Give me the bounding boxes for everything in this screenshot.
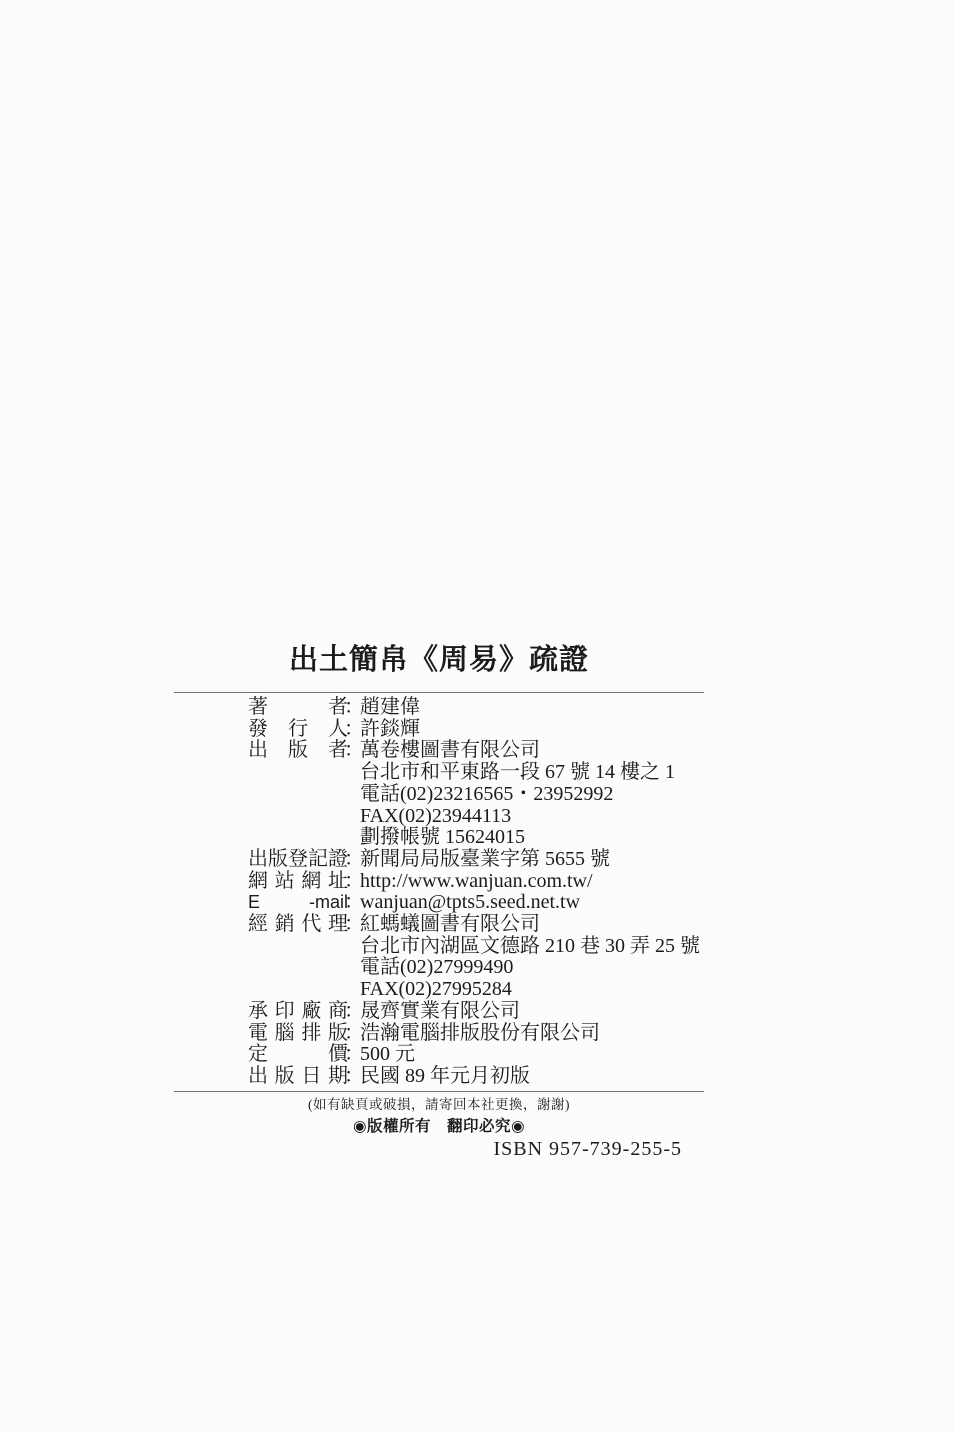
colophon-row: ： 台北市內湖區文德路 210 巷 30 弄 25 號 bbox=[174, 936, 704, 958]
colophon-content: 出土簡帛《周易》疏證 著者 ： 趙建偉 發行人 ： 許錟輝 出版者 ： 萬卷樓圖… bbox=[174, 0, 704, 1432]
colophon-row: 定價 ： 500 元 bbox=[174, 1044, 704, 1066]
label-token: 著 bbox=[248, 697, 268, 719]
colophon-field-list: 著者 ： 趙建偉 發行人 ： 許錟輝 出版者 ： 萬卷樓圖書有限公司 ： 台北市… bbox=[174, 697, 704, 1088]
field-label: 出版登記證 bbox=[248, 849, 348, 871]
label-token: -mail bbox=[309, 892, 348, 914]
replacement-note: (如有缺頁或破損，請寄回本社更換，謝謝) bbox=[174, 1097, 704, 1113]
field-value: 電話(02)23216565・23952992 bbox=[360, 784, 613, 806]
colophon-row: 承印廠商 ： 晟齊實業有限公司 bbox=[174, 1001, 704, 1023]
page-background: 出土簡帛《周易》疏證 著者 ： 趙建偉 發行人 ： 許錟輝 出版者 ： 萬卷樓圖… bbox=[0, 0, 954, 1432]
label-token: 版 bbox=[288, 740, 308, 762]
field-label: 發行人 bbox=[248, 719, 348, 741]
label-colon: ： bbox=[348, 1001, 360, 1023]
field-value: 500 元 bbox=[360, 1044, 415, 1066]
colophon-row: ： FAX(02)27995284 bbox=[174, 979, 704, 1001]
label-token: 日 bbox=[301, 1066, 321, 1088]
field-value: 浩瀚電腦排版股份有限公司 bbox=[360, 1023, 600, 1045]
label-token: 行 bbox=[288, 719, 308, 741]
colophon-row: 網站網址 ： http://www.wanjuan.com.tw/ bbox=[174, 871, 704, 893]
colophon-row: 出版者 ： 萬卷樓圖書有限公司 bbox=[174, 740, 704, 762]
colophon-row: ： 電話(02)27999490 bbox=[174, 957, 704, 979]
label-token: 網 bbox=[301, 871, 321, 893]
colophon-row: 電腦排版 ： 浩瀚電腦排版股份有限公司 bbox=[174, 1023, 704, 1045]
field-value: 許錟輝 bbox=[360, 719, 420, 741]
label-token: 網 bbox=[248, 871, 268, 893]
label-colon: ： bbox=[348, 849, 360, 871]
field-value: 台北市內湖區文德路 210 巷 30 弄 25 號 bbox=[360, 936, 700, 958]
colophon-row: 出版登記證 ： 新聞局局版臺業字第 5655 號 bbox=[174, 849, 704, 871]
field-value: http://www.wanjuan.com.tw/ bbox=[360, 871, 593, 893]
field-label: 定價 bbox=[248, 1044, 348, 1066]
label-token: 定 bbox=[248, 1044, 268, 1066]
colophon-row: E-mail ： wanjuan@tpts5.seed.net.tw bbox=[174, 892, 704, 914]
field-label: 出版日期 bbox=[248, 1066, 348, 1088]
field-value: 劃撥帳號 15624015 bbox=[360, 827, 525, 849]
field-value: 電話(02)27999490 bbox=[360, 957, 513, 979]
label-colon: ： bbox=[348, 1044, 360, 1066]
field-label: 著者 bbox=[248, 697, 348, 719]
field-value: 萬卷樓圖書有限公司 bbox=[360, 740, 540, 762]
label-token: 廠 bbox=[301, 1001, 321, 1023]
divider-bottom bbox=[174, 1091, 704, 1092]
divider-top bbox=[174, 692, 704, 693]
label-token: 印 bbox=[275, 1001, 295, 1023]
field-label: 電腦排版 bbox=[248, 1023, 348, 1045]
label-colon: ： bbox=[348, 892, 360, 914]
label-colon: ： bbox=[348, 871, 360, 893]
field-value: 趙建偉 bbox=[360, 697, 420, 719]
label-token: 出 bbox=[248, 1066, 268, 1088]
label-token: 腦 bbox=[275, 1023, 295, 1045]
field-value: 紅螞蟻圖書有限公司 bbox=[360, 914, 540, 936]
label-colon: ： bbox=[348, 1023, 360, 1045]
colophon-row: 發行人 ： 許錟輝 bbox=[174, 719, 704, 741]
label-token: 電 bbox=[248, 1023, 268, 1045]
label-colon: ： bbox=[348, 1066, 360, 1088]
field-label: 承印廠商 bbox=[248, 1001, 348, 1023]
field-value: 晟齊實業有限公司 bbox=[360, 1001, 520, 1023]
colophon-row: 著者 ： 趙建偉 bbox=[174, 697, 704, 719]
colophon-row: ： FAX(02)23944113 bbox=[174, 806, 704, 828]
field-value: wanjuan@tpts5.seed.net.tw bbox=[360, 892, 580, 914]
label-token: 出版登記證 bbox=[248, 849, 348, 871]
field-label: 網站網址 bbox=[248, 871, 348, 893]
scanned-colophon-page: { "title": "出土簡帛《周易》疏證", "colophon": { "… bbox=[0, 0, 954, 1432]
label-token: 發 bbox=[248, 719, 268, 741]
label-token: 排 bbox=[301, 1023, 321, 1045]
field-label: 經銷代理 bbox=[248, 914, 348, 936]
field-value: 新聞局局版臺業字第 5655 號 bbox=[360, 849, 610, 871]
field-value: FAX(02)23944113 bbox=[360, 806, 511, 828]
colophon-row: 出版日期 ： 民國 89 年元月初版 bbox=[174, 1066, 704, 1088]
label-token: 代 bbox=[301, 914, 321, 936]
label-token: 站 bbox=[275, 871, 295, 893]
field-value: 民國 89 年元月初版 bbox=[360, 1066, 530, 1088]
label-colon: ： bbox=[348, 719, 360, 741]
label-token: 版 bbox=[275, 1066, 295, 1088]
colophon-row: ： 電話(02)23216565・23952992 bbox=[174, 784, 704, 806]
field-value: FAX(02)27995284 bbox=[360, 979, 512, 1001]
label-token: 經 bbox=[248, 914, 268, 936]
isbn-number: ISBN 957-739-255-5 bbox=[174, 1138, 704, 1160]
field-label: 出版者 bbox=[248, 740, 348, 762]
field-label: E-mail bbox=[248, 892, 348, 914]
colophon-row: 經銷代理 ： 紅螞蟻圖書有限公司 bbox=[174, 914, 704, 936]
colophon-row: ： 劃撥帳號 15624015 bbox=[174, 827, 704, 849]
book-title: 出土簡帛《周易》疏證 bbox=[174, 640, 704, 680]
label-token: 銷 bbox=[275, 914, 295, 936]
label-token: E bbox=[248, 892, 260, 914]
field-value: 台北市和平東路一段 67 號 14 樓之 1 bbox=[360, 762, 675, 784]
label-colon: ： bbox=[348, 697, 360, 719]
label-token: 出 bbox=[248, 740, 268, 762]
label-colon: ： bbox=[348, 914, 360, 936]
label-token: 承 bbox=[248, 1001, 268, 1023]
copyright-notice: ◉版權所有 翻印必究◉ bbox=[174, 1117, 704, 1136]
colophon-row: ： 台北市和平東路一段 67 號 14 樓之 1 bbox=[174, 762, 704, 784]
label-colon: ： bbox=[348, 740, 360, 762]
